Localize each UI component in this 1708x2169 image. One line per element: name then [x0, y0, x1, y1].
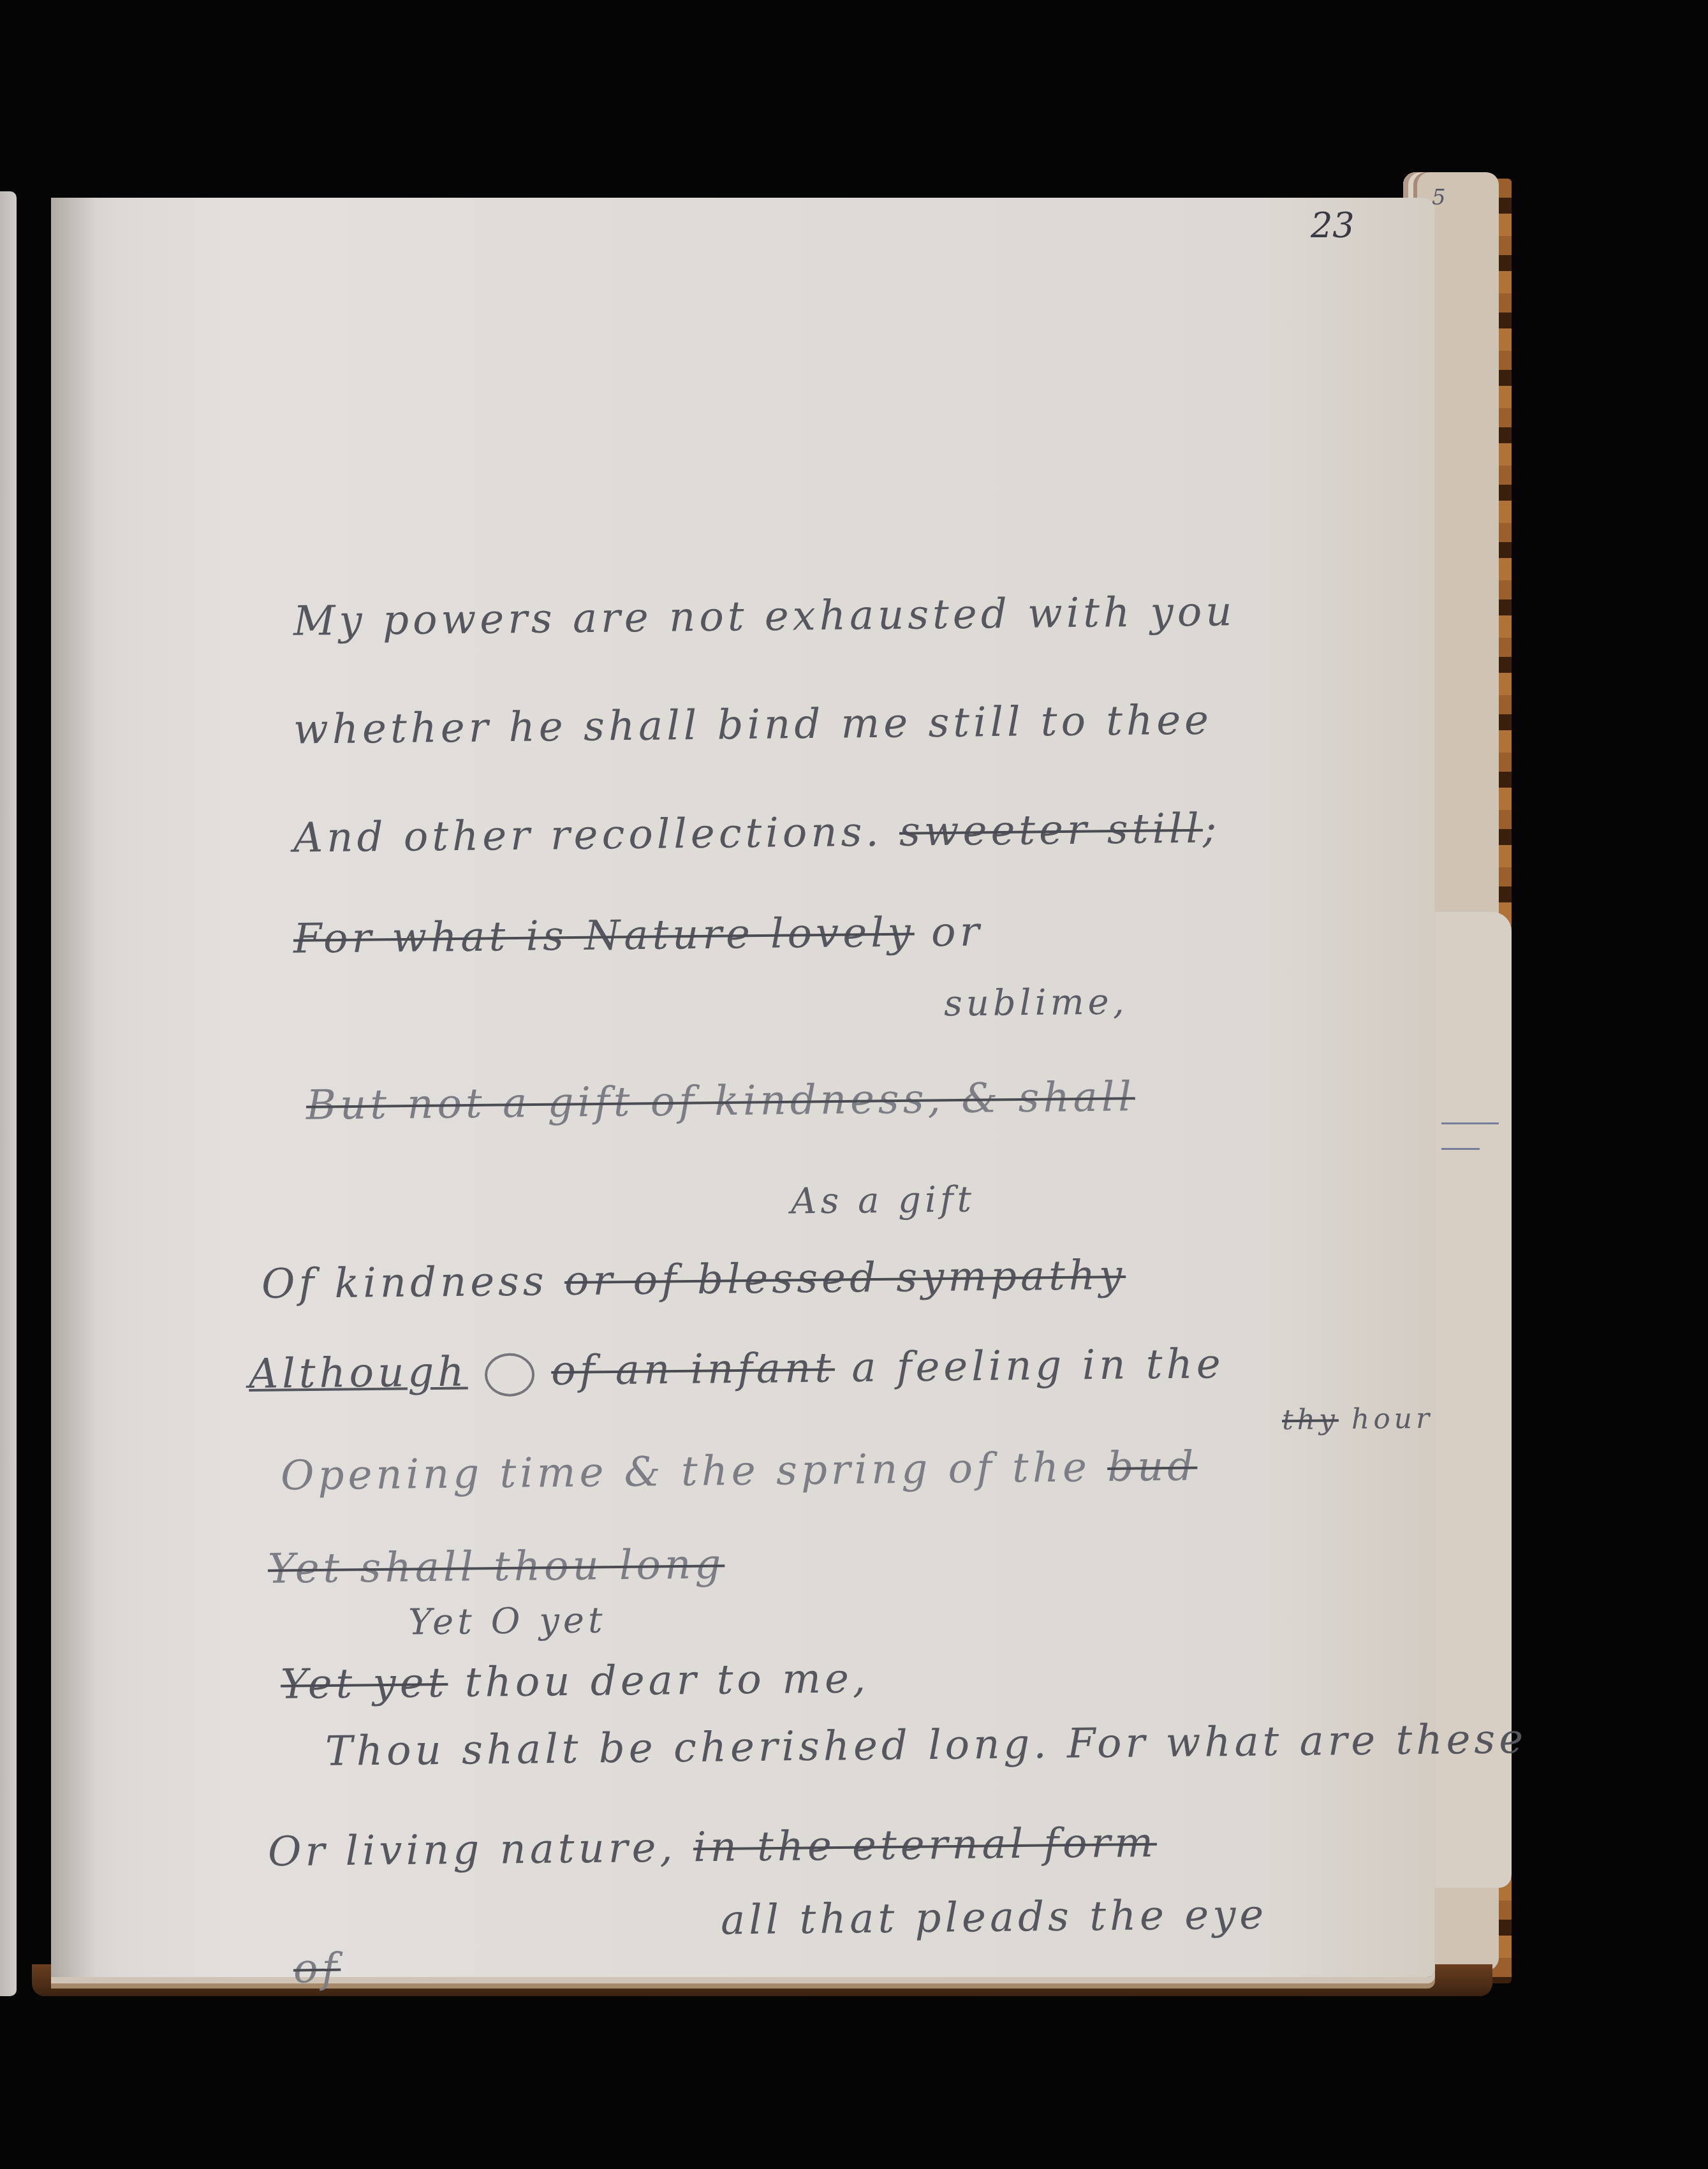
- line-text: hour: [1351, 1402, 1434, 1436]
- manuscript-line: Yet shall thou long: [268, 1541, 725, 1592]
- manuscript-line: Although of an infant a feeling in the: [249, 1341, 1225, 1399]
- stub-mark: [1441, 1122, 1499, 1124]
- line-text: Opening time & the spring of the: [281, 1444, 1091, 1499]
- line-text: or: [931, 908, 983, 956]
- struck-text: thy: [1282, 1403, 1339, 1436]
- manuscript-line: Or living nature, in the eternal form: [268, 1820, 1158, 1876]
- left-page-edge: [0, 191, 17, 1996]
- struck-text: of: [293, 1945, 341, 1993]
- line-text: whether he shall bind me still to thee: [293, 696, 1213, 753]
- struck-text: or of blessed sympathy: [564, 1252, 1126, 1305]
- line-text: Of kindness: [261, 1258, 548, 1308]
- struck-text: Yet shall thou long: [268, 1541, 725, 1592]
- line-text: thou dear to me,: [464, 1655, 869, 1707]
- line-text: And other recollections.: [293, 809, 883, 862]
- struck-text: Yet yet: [281, 1659, 448, 1709]
- struck-text: For what is Nature lovely: [293, 909, 915, 962]
- interlinear-insert: thy hour: [1282, 1402, 1434, 1436]
- manuscript-line: And other recollections. sweeter still;: [293, 805, 1221, 862]
- line-text: As a gift: [791, 1179, 976, 1222]
- manuscript-line: of: [293, 1945, 341, 1993]
- manuscript-line: Of kindness or of blessed sympathy: [261, 1252, 1126, 1308]
- manuscript-line: Thou shalt be cherished long. For what a…: [325, 1716, 1528, 1776]
- manuscript-line: But not a gift of kindness, & shall: [306, 1073, 1135, 1129]
- line-text: Yet O yet: [408, 1599, 607, 1643]
- manuscript-page: 23 My powers are not exhausted with you …: [51, 198, 1435, 1977]
- manuscript-line: Opening time & the spring of the bud: [281, 1443, 1198, 1499]
- line-text: a feeling in the: [851, 1341, 1225, 1392]
- manuscript-line: For what is Nature lovely or: [293, 908, 983, 962]
- scribble-mark: [485, 1353, 535, 1397]
- page-number: 23: [1311, 205, 1355, 246]
- line-text: Or living nature,: [268, 1825, 677, 1876]
- struck-text: in the eternal form: [693, 1820, 1158, 1872]
- line-text: Although: [249, 1348, 468, 1398]
- line-text: all that pleads the eye: [721, 1892, 1268, 1945]
- struck-text: But not a gift of kindness, & shall: [306, 1073, 1135, 1129]
- stub-mark: [1441, 1148, 1480, 1150]
- manuscript-line: My powers are not exhausted with you: [293, 588, 1236, 645]
- gutter-shadow: [51, 198, 96, 1977]
- interlinear-insert: sublime,: [944, 981, 1128, 1024]
- line-text: My powers are not exhausted with you: [293, 588, 1236, 645]
- line-text: sublime: [944, 982, 1113, 1025]
- struck-text: sweeter still: [899, 805, 1204, 856]
- manuscript-line: Yet yet thou dear to me,: [281, 1655, 870, 1709]
- line-text: Thou shalt be cherished long. For what a…: [325, 1716, 1528, 1776]
- struck-text: of an infant: [551, 1344, 836, 1395]
- interlinear-insert: As a gift: [791, 1179, 976, 1222]
- manuscript-line: all that pleads the eye: [721, 1892, 1268, 1945]
- struck-text: bud: [1107, 1443, 1198, 1490]
- manuscript-line: whether he shall bind me still to thee: [293, 696, 1213, 753]
- interlinear-insert: Yet O yet: [408, 1599, 607, 1643]
- punctuation: ;: [1202, 805, 1220, 852]
- punctuation: ,: [1112, 981, 1128, 1022]
